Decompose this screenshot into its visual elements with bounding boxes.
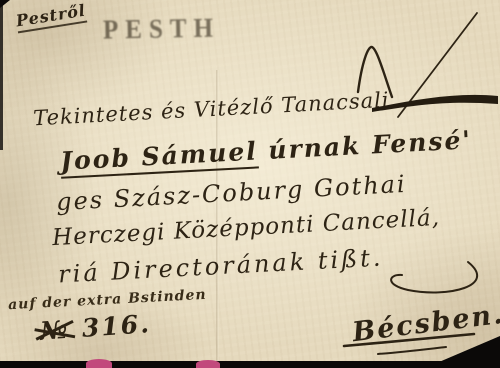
- pink-seal-mark-right: [196, 360, 220, 368]
- pink-seal-mark-left: [86, 359, 112, 368]
- letter-photo: Pestről PESTH Tekintetes és Vitézlő Tana…: [0, 0, 500, 368]
- photo-edge-bottom: [0, 361, 500, 368]
- photo-edge-left: [0, 0, 3, 150]
- number-value: 316.: [81, 309, 152, 343]
- number-label-struck: №: [37, 315, 72, 346]
- postmark-stamp: PESTH: [103, 14, 221, 47]
